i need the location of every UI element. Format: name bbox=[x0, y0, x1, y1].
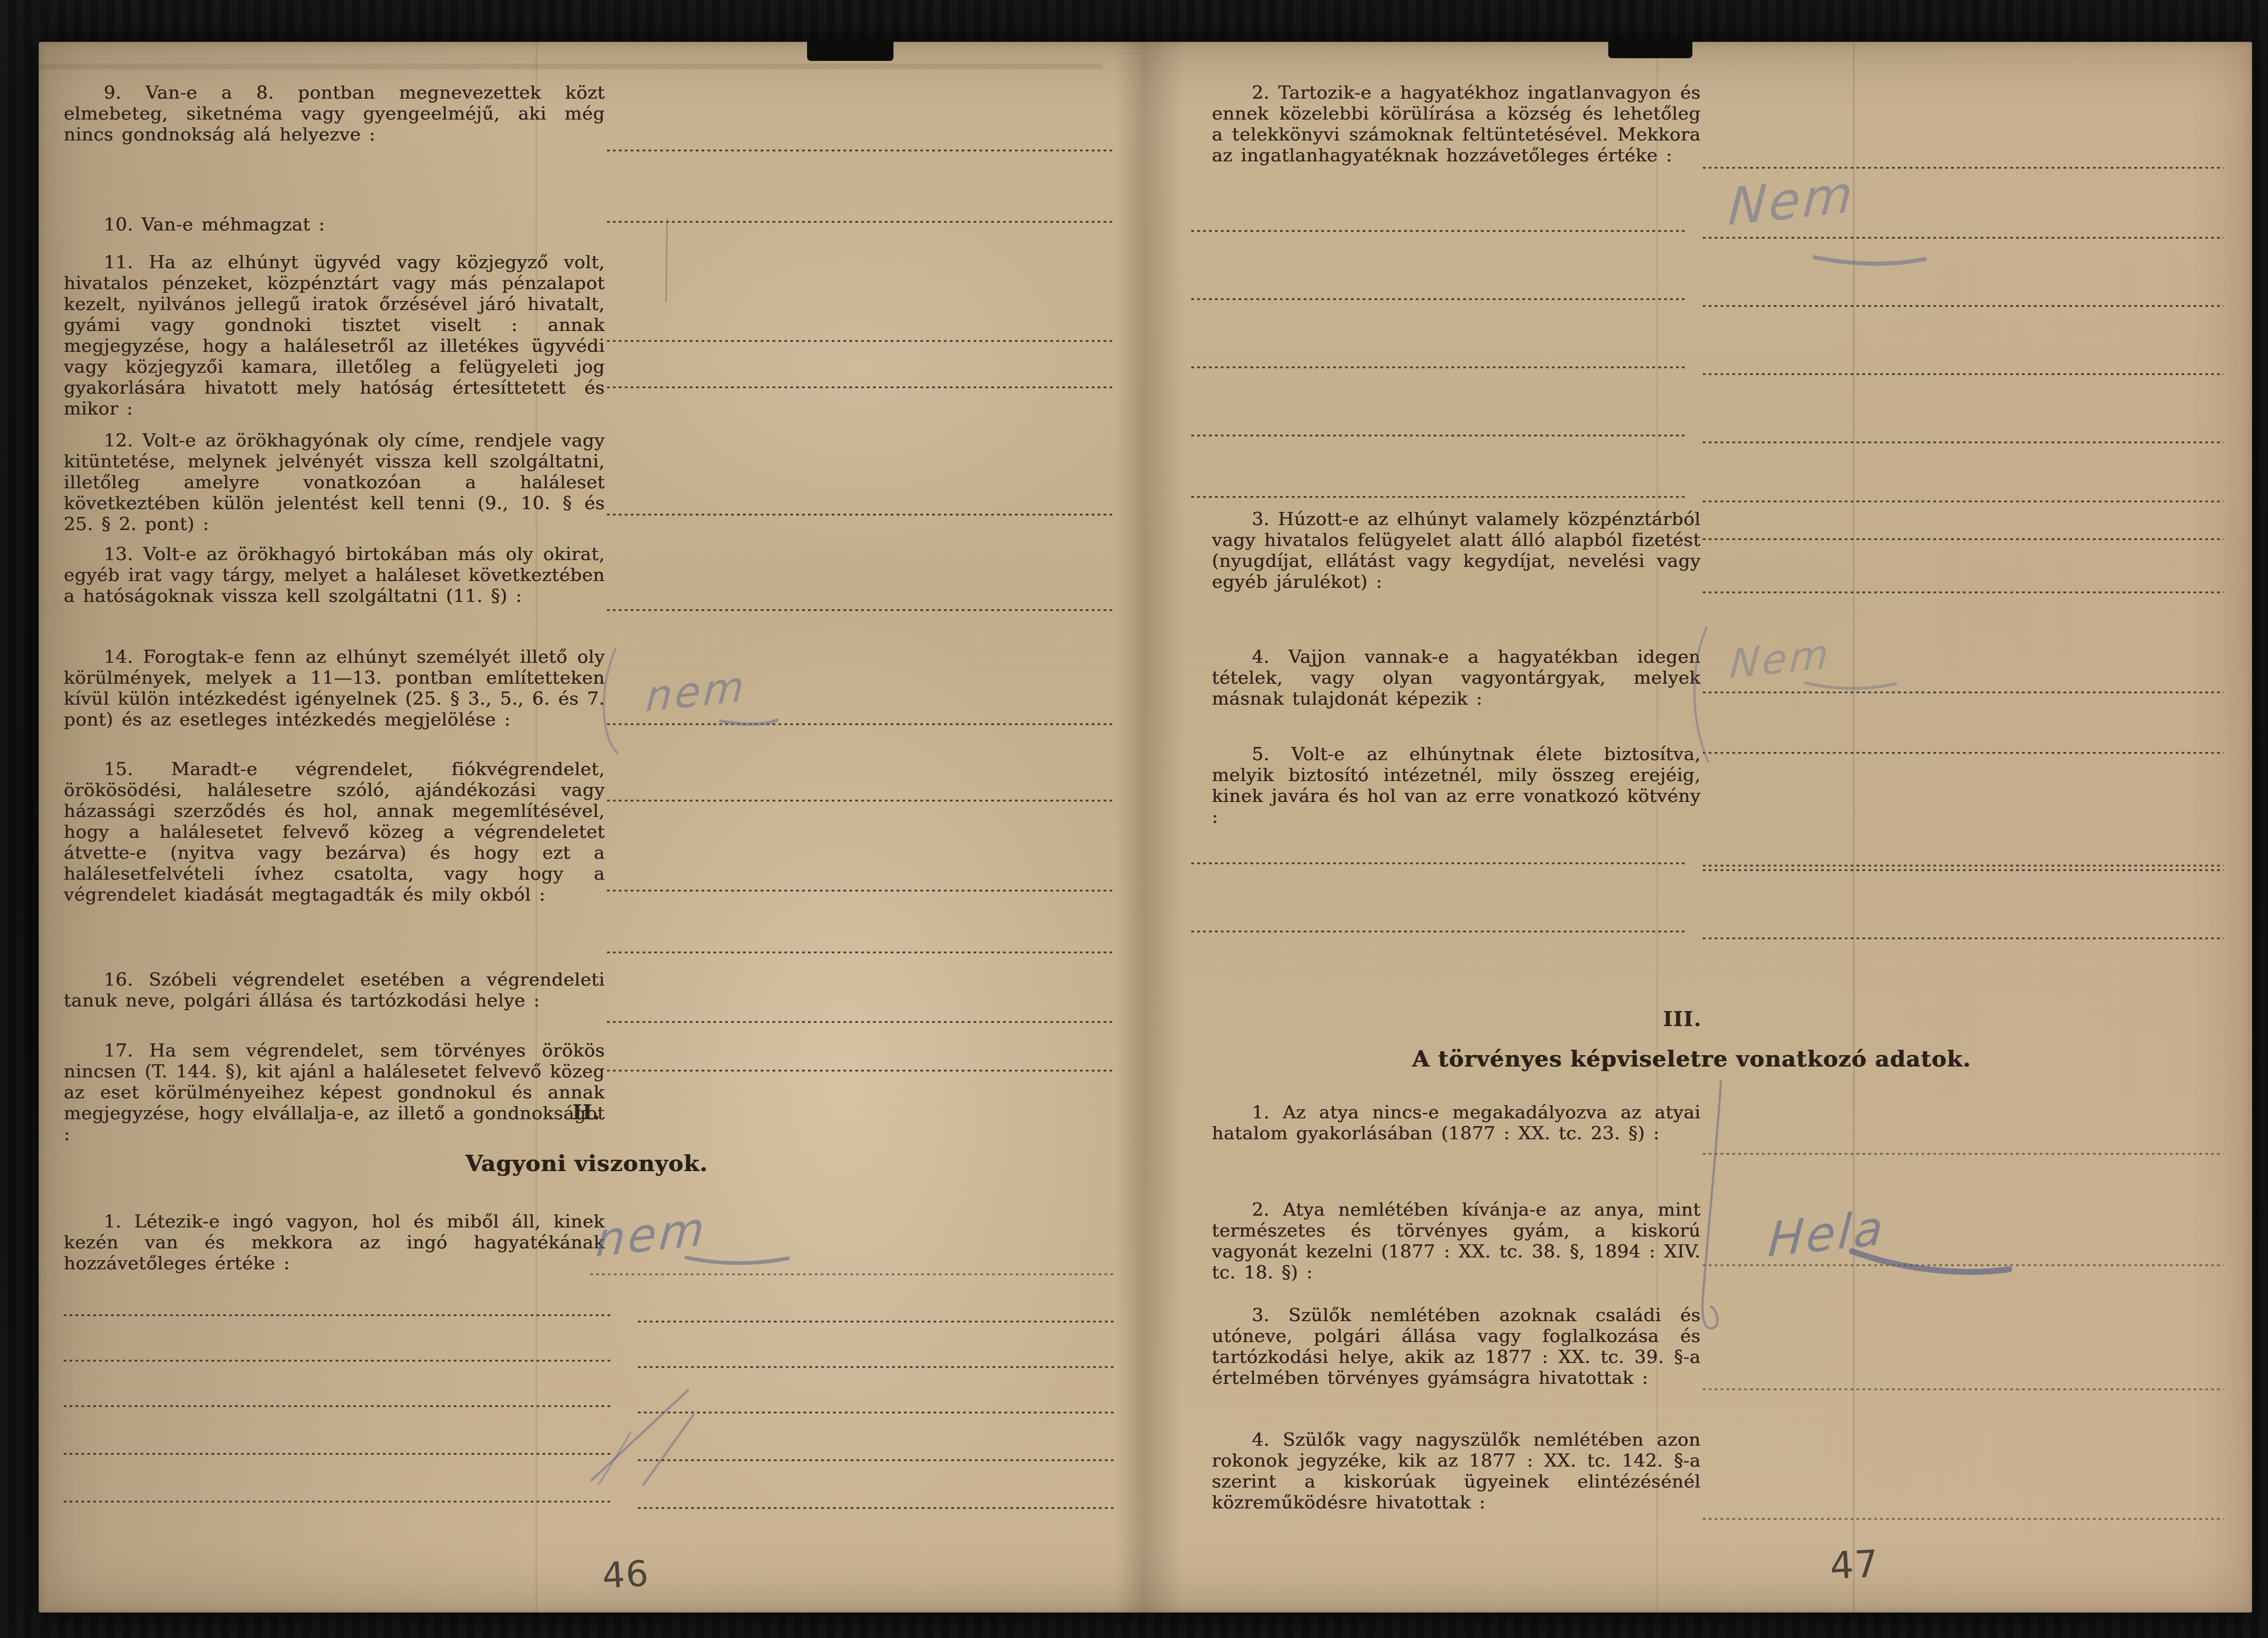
section-iii-title: A törvényes képviseletre vonatkozó adato… bbox=[1307, 1046, 2076, 1072]
handwritten-note: nem bbox=[594, 1202, 709, 1268]
answer-line[interactable] bbox=[638, 1320, 1115, 1322]
question-iii-4: 4. Szülők vagy nagyszülők nemlétében azo… bbox=[1212, 1429, 1701, 1513]
answer-line[interactable] bbox=[607, 340, 1114, 342]
answer-line[interactable] bbox=[1191, 862, 1687, 864]
answer-line[interactable] bbox=[64, 1453, 612, 1455]
answer-line[interactable] bbox=[1191, 230, 1687, 232]
answer-line[interactable] bbox=[607, 799, 1114, 801]
section-iii-numeral: III. bbox=[1639, 1008, 1726, 1031]
handwritten-note: Nem bbox=[1726, 164, 1857, 237]
answer-line[interactable] bbox=[1703, 441, 2223, 443]
question-3: 3. Húzott-e az elhúnyt valamely közpénzt… bbox=[1212, 509, 1701, 592]
handwritten-note: Hela bbox=[1766, 1199, 1887, 1268]
answer-line[interactable] bbox=[1703, 305, 2223, 307]
answer-line[interactable] bbox=[1191, 930, 1687, 932]
answer-line[interactable] bbox=[638, 1411, 1115, 1413]
horizontal-crease bbox=[39, 64, 1103, 69]
answer-line[interactable] bbox=[1703, 1152, 2223, 1155]
answer-line[interactable] bbox=[1191, 434, 1687, 436]
answer-line[interactable] bbox=[1191, 366, 1687, 368]
center-fold-crease bbox=[1115, 42, 1184, 1613]
section-ii-numeral: II. bbox=[543, 1101, 630, 1124]
question-5: 5. Volt-e az elhúnytnak élete biztosítva… bbox=[1212, 744, 1701, 827]
answer-line[interactable] bbox=[607, 889, 1114, 892]
question-11: 11. Ha az elhúnyt ügyvéd vagy közjegyző … bbox=[64, 252, 605, 419]
question-15: 15. Maradt-e végrendelet, fiókvégrendele… bbox=[64, 759, 605, 905]
answer-line[interactable] bbox=[1703, 236, 2223, 239]
question-14: 14. Forogtak-e fenn az elhúnyt személyét… bbox=[64, 646, 605, 730]
handwritten-note: Nem bbox=[1728, 630, 1833, 688]
answer-line[interactable] bbox=[64, 1359, 612, 1362]
answer-line[interactable] bbox=[607, 1021, 1114, 1023]
question-2: 2. Tartozik-e a hagyatékhoz ingatlanvagy… bbox=[1212, 82, 1701, 166]
answer-line[interactable] bbox=[607, 1069, 1114, 1072]
answer-line[interactable] bbox=[1703, 500, 2223, 502]
paper-edge-tear bbox=[1608, 40, 1692, 58]
handwritten-note: nem bbox=[644, 661, 748, 721]
paper-shading-right bbox=[1812, 42, 2252, 1613]
question-4: 4. Vajjon vannak-e a hagyatékban idegen … bbox=[1212, 646, 1701, 709]
answer-line[interactable] bbox=[1703, 691, 2223, 693]
vertical-crease bbox=[1853, 42, 1855, 1613]
answer-line[interactable] bbox=[607, 951, 1114, 953]
answer-line[interactable] bbox=[1703, 864, 2223, 867]
answer-line[interactable] bbox=[1703, 373, 2223, 375]
section-ii-title: Vagyoni viszonyok. bbox=[416, 1150, 757, 1177]
question-iii-2: 2. Atya nemlétében kívánja-e az anya, mi… bbox=[1212, 1199, 1701, 1283]
answer-line[interactable] bbox=[1703, 166, 2223, 169]
answer-line[interactable] bbox=[1703, 1388, 2223, 1390]
answer-line[interactable] bbox=[607, 609, 1114, 611]
answer-line[interactable] bbox=[638, 1507, 1115, 1509]
question-9: 9. Van-e a 8. pontban megnevezettek közt… bbox=[64, 82, 605, 145]
answer-line[interactable] bbox=[1191, 496, 1687, 498]
answer-line[interactable] bbox=[1703, 869, 2223, 871]
answer-line[interactable] bbox=[590, 1273, 1114, 1275]
answer-line[interactable] bbox=[638, 1366, 1115, 1368]
answer-line[interactable] bbox=[64, 1500, 612, 1503]
question-ii-1: 1. Létezik-e ingó vagyon, hol és miből á… bbox=[64, 1211, 605, 1274]
answer-line[interactable] bbox=[1703, 937, 2223, 939]
question-10: 10. Van-e méhmagzat : bbox=[64, 214, 605, 235]
page-number-left: 46 bbox=[601, 1553, 650, 1597]
question-iii-3: 3. Szülők nemlétében azoknak családi és … bbox=[1212, 1305, 1701, 1388]
answer-line[interactable] bbox=[1703, 751, 2223, 754]
question-16: 16. Szóbeli végrendelet esetében a végre… bbox=[64, 969, 605, 1011]
paper-pale-patch bbox=[562, 628, 1125, 1538]
answer-line[interactable] bbox=[607, 386, 1114, 388]
question-13: 13. Volt-e az örökhagyó birtokában más o… bbox=[64, 544, 605, 606]
form-paper: 9. Van-e a 8. pontban megnevezettek közt… bbox=[39, 42, 2252, 1613]
question-12: 12. Volt-e az örökhagyónak oly címe, ren… bbox=[64, 430, 605, 535]
answer-line[interactable] bbox=[607, 149, 1114, 151]
question-17: 17. Ha sem végrendelet, sem törvényes ör… bbox=[64, 1040, 605, 1145]
answer-line[interactable] bbox=[64, 1314, 612, 1316]
paper-pale-patch-upper bbox=[598, 187, 1121, 551]
answer-line[interactable] bbox=[1703, 591, 2223, 593]
paper-edge-tear bbox=[807, 40, 893, 61]
answer-line[interactable] bbox=[638, 1459, 1115, 1461]
question-iii-1: 1. Az atya nincs-e megakadályozva az aty… bbox=[1212, 1102, 1701, 1144]
page-number-right: 47 bbox=[1829, 1542, 1880, 1588]
answer-line[interactable] bbox=[607, 513, 1114, 516]
answer-line[interactable] bbox=[64, 1405, 612, 1407]
answer-line[interactable] bbox=[1191, 298, 1687, 300]
answer-line[interactable] bbox=[607, 220, 1114, 223]
answer-line[interactable] bbox=[607, 723, 1114, 725]
answer-line[interactable] bbox=[1703, 538, 2223, 540]
answer-line[interactable] bbox=[1703, 1518, 2223, 1520]
